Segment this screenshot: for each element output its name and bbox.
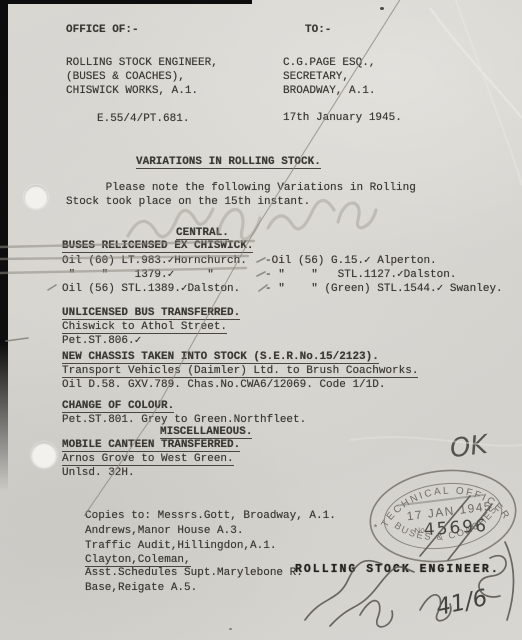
new-chassis-line2: Oil D.58. GXV.789. Chas.No.CWA6/12069. C… (62, 379, 385, 393)
stamp-divider-line (397, 495, 484, 506)
new-chassis-heading: NEW CHASSIS TAKEN INTO STOCK (S.E.R.No.1… (62, 351, 379, 365)
canteen-heading-text: MOBILE CANTEEN TRANSFERRED. (62, 439, 240, 452)
stamp-star: * (373, 522, 378, 532)
handwritten-ok: OK (448, 430, 489, 464)
copies-line-text: Clayton,Coleman, (85, 554, 191, 567)
handwritten-fraction: 41/6 (434, 585, 490, 621)
ink-speck (229, 628, 232, 630)
wrinkle-crease (455, 0, 522, 185)
intro-line-2: Stock took place on the 15th instant. (66, 196, 310, 210)
stamp-arc-top-textpath: TECHNICAL OFFICER (376, 478, 513, 538)
sender-line: ROLLING STOCK ENGINEER, (66, 57, 218, 71)
ink-speck (380, 7, 384, 10)
intro-line-1: Please note the following Variations in … (66, 182, 416, 196)
document-title: VARIATIONS IN ROLLING STOCK. (136, 156, 321, 170)
to-label: TO:- (305, 24, 331, 38)
new-chassis-line1-text: Transport Vehicles (Daimler) Ltd. to Bru… (62, 365, 418, 378)
relicensed-row-left: Oil (56) STL.1389.✓Dalston. (62, 283, 240, 297)
punch-hole-top (24, 185, 48, 209)
canteen-heading: MOBILE CANTEEN TRANSFERRED. (62, 439, 240, 453)
unlicensed-route: Chiswick to Athol Street. (62, 321, 227, 335)
stamp-number: 45696 (423, 516, 488, 540)
scan-edge-top (0, 0, 252, 4)
wrinkle-crease (350, 437, 522, 446)
stamp-arc-bottom-text: BUSES & COACHES (390, 502, 503, 548)
document-title-text: VARIATIONS IN ROLLING STOCK. (136, 156, 321, 169)
document-page: OFFICE OF:- TO:- ROLLING STOCK ENGINEER,… (0, 0, 522, 640)
stamp-arc-bottom-textpath: BUSES & COACHES (390, 502, 503, 548)
relicensed-row-right: - " " (Green) STL.1544.✓ Swanley. (265, 283, 503, 297)
section-central-heading: CENTRAL. (176, 227, 229, 241)
colour-heading: CHANGE OF COLOUR. (62, 400, 174, 414)
copies-line: Copies to: Messrs.Gott, Broadway, A.1. (85, 510, 336, 524)
wrinkle-crease (430, 8, 522, 118)
misc-heading: MISCELLANEOUS. (160, 426, 252, 440)
reference-number: E.55/4/PT.681. (97, 113, 189, 127)
unlicensed-vehicle: Pet.ST.806.✓ (62, 335, 141, 349)
recipient-line: BROADWAY, A.1. (283, 85, 375, 99)
copies-line: Andrews,Manor House A.3. (85, 525, 243, 539)
copies-line: Clayton,Coleman, (85, 554, 191, 568)
stamp-date: 17 JAN 1945 (406, 499, 493, 523)
copies-line: Asst.Schedules Supt.Marylebone R. (85, 567, 303, 581)
stamp-inner-ring (381, 477, 506, 555)
relicensed-row-left: Oil (60) LT.983.✓Hornchurch. (62, 255, 247, 269)
recipient-line: SECRETARY, (283, 71, 349, 85)
relicensed-heading: BUSES RELICENSED EX CHISWICK. (62, 240, 253, 254)
new-chassis-heading-text: NEW CHASSIS TAKEN INTO STOCK (S.E.R.No.1… (62, 351, 379, 364)
rolling-stock-engineer-stamp: ROLLING STOCK ENGINEER. (295, 563, 500, 576)
stamp-arc-top-text: TECHNICAL OFFICER (376, 478, 513, 538)
unlicensed-heading-text: UNLICENSED BUS TRANSFERRED. (62, 307, 240, 320)
central-heading-text: CENTRAL. (176, 227, 229, 240)
colour-heading-text: CHANGE OF COLOUR. (62, 400, 174, 413)
unlicensed-route-text: Chiswick to Athol Street. (62, 321, 227, 334)
relicensed-row-right: - " " STL.1127.✓Dalston. (265, 269, 456, 283)
office-of-label: OFFICE OF:- (66, 24, 139, 38)
unlicensed-heading: UNLICENSED BUS TRANSFERRED. (62, 307, 240, 321)
copies-line: Base,Reigate A.5. (85, 582, 197, 596)
relicensed-heading-text: BUSES RELICENSED EX CHISWICK. (62, 240, 253, 253)
stamp-outer-ring (365, 462, 521, 569)
recipient-line: C.G.PAGE ESQ., (283, 57, 375, 71)
relicensed-row-right: -Oil (56) G.15.✓ Alperton. (265, 255, 437, 269)
document-date: 17th January 1945. (283, 112, 402, 126)
copies-line: Traffic Audit,Hillingdon,A.1. (85, 540, 276, 554)
canteen-route-text: Arnos Grove to West Green. (62, 453, 234, 466)
sender-line: CHISWICK WORKS, A.1. (66, 85, 198, 99)
technical-officer-stamp: TECHNICAL OFFICER BUSES & COACHES 17 JAN… (365, 462, 521, 569)
canteen-route: Arnos Grove to West Green. (62, 453, 234, 467)
misc-heading-text: MISCELLANEOUS. (160, 426, 252, 439)
stamp-number-label: No. (414, 525, 427, 535)
relicensed-row-left: " " 1379.✓ " (62, 269, 214, 283)
sender-line: (BUSES & COACHES), (66, 71, 185, 85)
canteen-vehicle: Unlsd. 32H. (62, 467, 135, 481)
new-chassis-line1: Transport Vehicles (Daimler) Ltd. to Bru… (62, 365, 418, 379)
scan-edge-left (0, 0, 8, 492)
punch-hole-bottom (31, 442, 57, 468)
